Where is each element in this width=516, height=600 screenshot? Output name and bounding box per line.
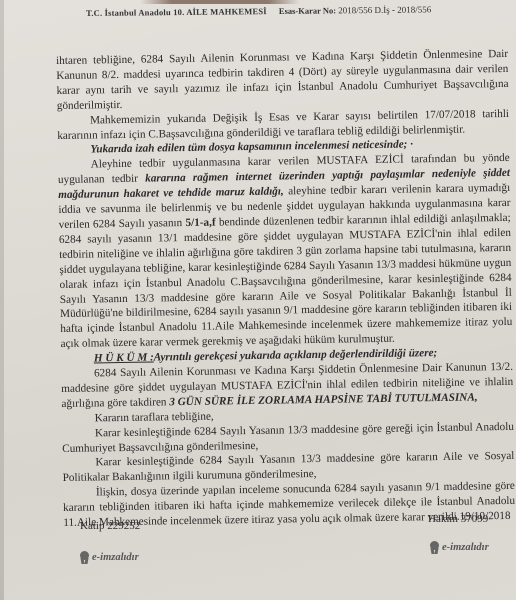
hakim-signature: Hakim 37099 bbox=[428, 513, 488, 525]
esas-value: 2018/556 D.İş - 2018/556 bbox=[338, 4, 431, 15]
page-edge bbox=[0, 0, 4, 600]
esig-label: e-imzalıdır bbox=[92, 552, 139, 563]
document-header: T.C. İstanbul Anadolu 10. AİLE MAHKEMESİ… bbox=[86, 4, 431, 18]
document-page: T.C. İstanbul Anadolu 10. AİLE MAHKEMESİ… bbox=[0, 0, 516, 600]
seal-icon bbox=[80, 551, 89, 564]
hukum-title: H Ü K Ü M : bbox=[94, 352, 154, 365]
hukum-item-1: 6284 Sayılı Ailenin Korunması ve Kadına … bbox=[61, 360, 514, 412]
katip-signature: Katip 229252 bbox=[80, 520, 140, 532]
top-shadow bbox=[140, 0, 300, 4]
esas-label: Esas-Karar No: bbox=[279, 5, 336, 16]
katip-esignature: e-imzalıdır bbox=[80, 551, 139, 564]
document-body: ihtaren tebliğine, 6284 Sayılı Ailenin K… bbox=[56, 47, 515, 531]
paragraph-1: ihtaren tebliğine, 6284 Sayılı Ailenin K… bbox=[56, 47, 509, 114]
court-name: T.C. İstanbul Anadolu 10. AİLE MAHKEMESİ bbox=[86, 6, 267, 18]
h1-verdict: 3 GÜN SÜRE İLE ZORLAMA HAPSİNE TABİ TUTU… bbox=[169, 391, 477, 408]
esig-label: e-imzalıdır bbox=[442, 542, 489, 553]
paragraph-4: Aleyhine tedbir uygulanmasına karar veri… bbox=[58, 151, 513, 352]
p4-text-c: bendinde düzenlenen tedbir kararının ihl… bbox=[59, 212, 513, 350]
seal-icon bbox=[430, 541, 439, 554]
hakim-esignature: e-imzalıdır bbox=[430, 541, 489, 554]
p4-article: 5/1-a,f bbox=[185, 216, 215, 228]
